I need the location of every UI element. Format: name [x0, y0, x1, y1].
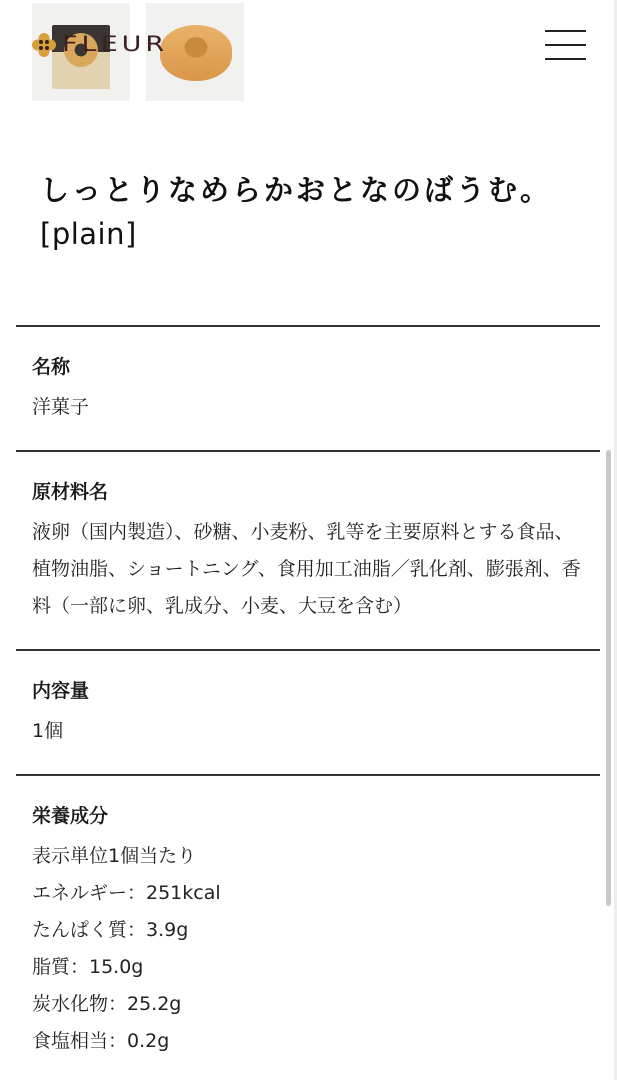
spec-row-nutrition: 栄養成分 表示単位1個当たり エネルギー：251kcal たんぱく質：3.9g … [16, 776, 600, 1080]
logo-text: FLEUR [62, 34, 168, 55]
spec-label: 内容量 [32, 677, 584, 705]
spec-value: 洋菓子 [32, 389, 584, 426]
hamburger-menu-button[interactable] [545, 30, 586, 60]
product-title-variant: [plain] [40, 212, 580, 256]
cake-image [160, 25, 232, 81]
scrollbar-thumb[interactable] [606, 450, 611, 906]
flower-logo-icon [32, 33, 56, 57]
spec-value: 1個 [32, 713, 584, 750]
hamburger-line [545, 58, 586, 60]
brand-logo[interactable]: FLEUR [32, 31, 168, 58]
spec-row-ingredients: 原材料名 液卵（国内製造）、砂糖、小麦粉、乳等を主要原料とする食品、植物油脂、シ… [16, 452, 600, 651]
nutrition-fat: 脂質：15.0g [32, 949, 584, 986]
spec-label: 名称 [32, 353, 584, 381]
nutrition-unit: 表示単位1個当たり [32, 838, 584, 875]
spec-value: 液卵（国内製造）、砂糖、小麦粉、乳等を主要原料とする食品、植物油脂、ショートニン… [32, 514, 584, 625]
spec-row-name: 名称 洋菓子 [16, 327, 600, 452]
nutrition-carbohydrate: 炭水化物：25.2g [32, 986, 584, 1023]
product-title-main: しっとりなめらかおとなのばうむ。 [40, 173, 552, 207]
hamburger-line [545, 44, 586, 46]
hamburger-line [545, 30, 586, 32]
nutrition-protein: たんぱく質：3.9g [32, 912, 584, 949]
product-spec-table: 名称 洋菓子 原材料名 液卵（国内製造）、砂糖、小麦粉、乳等を主要原料とする食品… [16, 325, 600, 1080]
spec-label: 原材料名 [32, 478, 584, 506]
nutrition-energy: エネルギー：251kcal [32, 875, 584, 912]
spec-row-quantity: 内容量 1個 [16, 651, 600, 776]
nutrition-salt: 食塩相当：0.2g [32, 1023, 584, 1060]
product-title: しっとりなめらかおとなのばうむ。 [plain] [40, 168, 580, 256]
spec-label: 栄養成分 [32, 802, 584, 830]
